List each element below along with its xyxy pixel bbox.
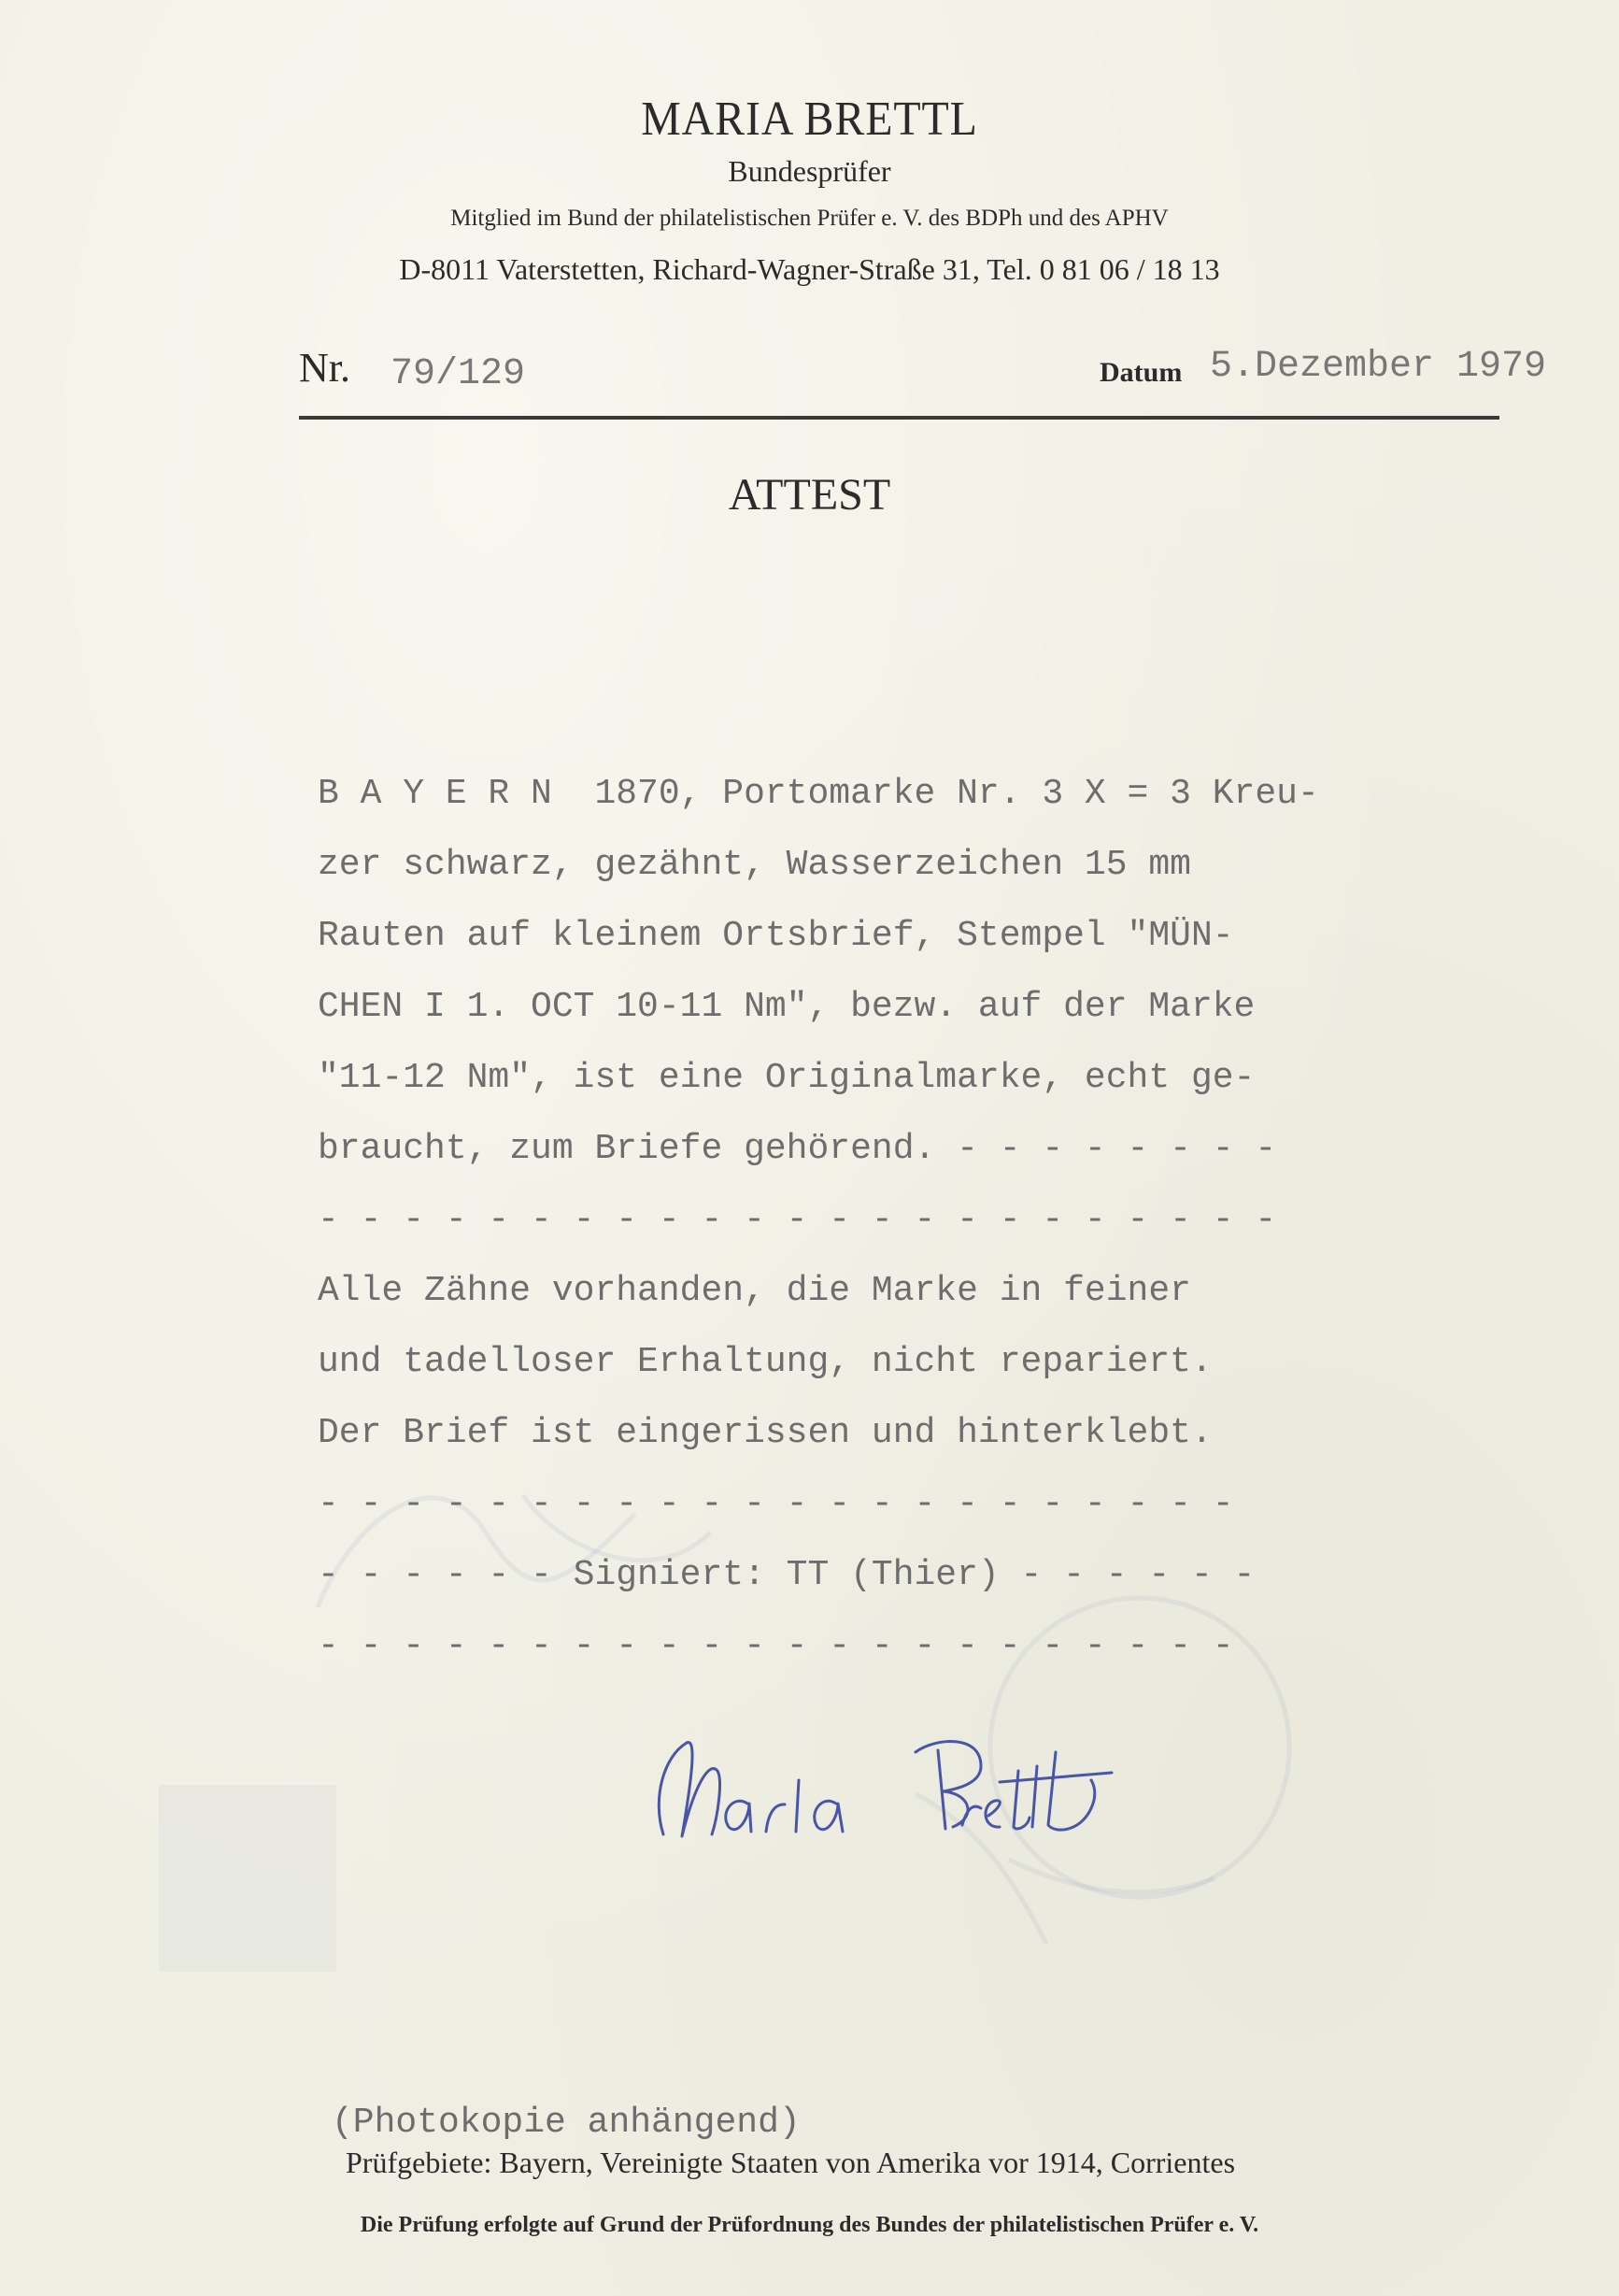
dashed-separator: - - - - - - - - - - - - - - - - - - - - … (318, 1484, 1234, 1525)
body-line: CHEN I 1. OCT 10-11 Nm", bezw. auf der M… (318, 987, 1255, 1028)
date-value: 5.Dezember 1979 (1210, 346, 1546, 388)
body-line: Alle Zähne vorhanden, die Marke in feine… (318, 1271, 1191, 1312)
body-line: Der Brief ist eingerissen und hinterkleb… (318, 1413, 1213, 1454)
date-label: Datum (1100, 357, 1182, 389)
attest-document: MARIA BRETTL Bundesprüfer Mitglied im Bu… (0, 0, 1619, 2296)
body-line: zer schwarz, gezähnt, Wasserzeichen 15 m… (318, 845, 1191, 886)
dashed-separator: - - - - - - - - - - - - - - - - - - - - … (318, 1200, 1276, 1241)
body-line: braucht, zum Briefe gehörend. - - - - - … (318, 1129, 1276, 1170)
body-line: Rauten auf kleinem Ortsbrief, Stempel "M… (318, 916, 1234, 957)
examination-areas: Prüfgebiete: Bayern, Vereinigte Staaten … (346, 2146, 1235, 2180)
letterhead-title: Bundesprüfer (0, 154, 1619, 189)
letterhead-membership: Mitglied im Bund der philatelistischen P… (0, 206, 1619, 232)
reference-number-label: Nr. (299, 344, 350, 392)
signed-by-line: - - - - - - Signiert: TT (Thier) - - - -… (318, 1555, 1255, 1596)
letterhead-address: D-8011 Vaterstetten, Richard-Wagner-Stra… (0, 252, 1619, 287)
handwritten-signature (645, 1715, 1224, 1855)
header-divider (299, 416, 1499, 420)
body-line: B A Y E R N 1870, Portomarke Nr. 3 X = 3… (318, 774, 1319, 815)
dashed-separator: - - - - - - - - - - - - - - - - - - - - … (318, 1626, 1234, 1667)
footer-regulation-note: Die Prüfung erfolgte auf Grund der Prüfo… (0, 2213, 1619, 2238)
document-heading: ATTEST (0, 469, 1619, 521)
body-line: und tadelloser Erhaltung, nicht reparier… (318, 1342, 1213, 1383)
photocopy-note: (Photokopie anhängend) (332, 2103, 801, 2143)
reference-number-value: 79/129 (391, 353, 525, 395)
letterhead-name: MARIA BRETTL (64, 92, 1554, 147)
body-line: "11-12 Nm", ist eine Originalmarke, echt… (318, 1058, 1255, 1099)
